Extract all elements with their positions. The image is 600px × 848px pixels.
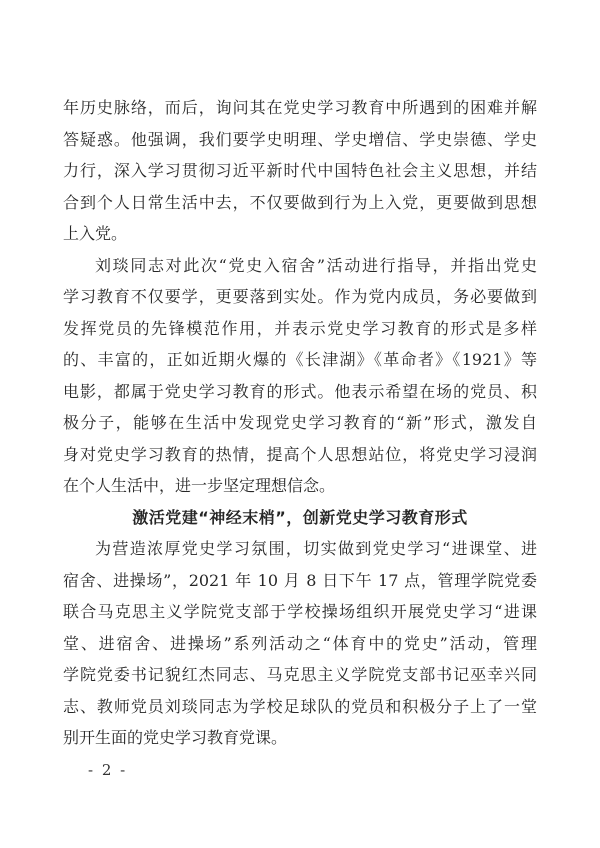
page-number: - 2 - [88,760,127,780]
document-body: 年历史脉络，而后，询问其在党史学习教育中所遇到的困难并解答疑惑。他强调，我们要学… [63,92,537,754]
text-line: 联合马克思主义学院党支部于学校操场组织开展党史学习“进课 [63,596,537,628]
text-line: 堂、进宿舍、进操场”系列活动之“体育中的党史”活动，管理 [63,628,537,660]
text-line: 志、教师党员刘琰同志为学校足球队的党员和积极分子上了一堂 [63,691,537,723]
text-line: 电影，都属于党史学习教育的形式。他表示希望在场的党员、积 [63,376,537,408]
text-line: 身对党史学习教育的热情，提高个人思想站位，将党史学习浸润 [63,439,537,471]
document-page: 年历史脉络，而后，询问其在党史学习教育中所遇到的困难并解答疑惑。他强调，我们要学… [0,0,600,848]
text-line: 在个人生活中，进一步坚定理想信念。 [63,470,537,502]
text-line: 学院党委书记貌红杰同志、马克思主义学院党支部书记巫幸兴同 [63,659,537,691]
text-line: 合到个人日常生活中去，不仅要做到行为上入党，更要做到思想 [63,187,537,219]
text-line: 答疑惑。他强调，我们要学史明理、学史增信、学史崇德、学史 [63,124,537,156]
text-line: 学习教育不仅要学，更要落到实处。作为党内成员，务必要做到 [63,281,537,313]
text-line: 上入党。 [63,218,537,250]
text-line: 极分子，能够在生活中发现党史学习教育的“新”形式，激发自 [63,407,537,439]
text-line: 刘琰同志对此次“党史入宿舍”活动进行指导，并指出党史 [63,250,537,282]
text-line: 年历史脉络，而后，询问其在党史学习教育中所遇到的困难并解 [63,92,537,124]
text-line: 宿舍、进操场”，2021 年 10 月 8 日下午 17 点，管理学院党委 [63,565,537,597]
text-line: 别开生面的党史学习教育党课。 [63,722,537,754]
text-line: 力行，深入学习贯彻习近平新时代中国特色社会主义思想，并结 [63,155,537,187]
text-lines-container: 年历史脉络，而后，询问其在党史学习教育中所遇到的困难并解答疑惑。他强调，我们要学… [63,92,537,754]
text-line: 为营造浓厚党史学习氛围，切实做到党史学习“进课堂、进 [63,533,537,565]
section-heading: 激活党建“神经末梢”，创新党史学习教育形式 [63,502,537,534]
text-line: 的、丰富的，正如近期火爆的《长津湖》《革命者》《1921》等 [63,344,537,376]
text-line: 发挥党员的先锋模范作用，并表示党史学习教育的形式是多样 [63,313,537,345]
